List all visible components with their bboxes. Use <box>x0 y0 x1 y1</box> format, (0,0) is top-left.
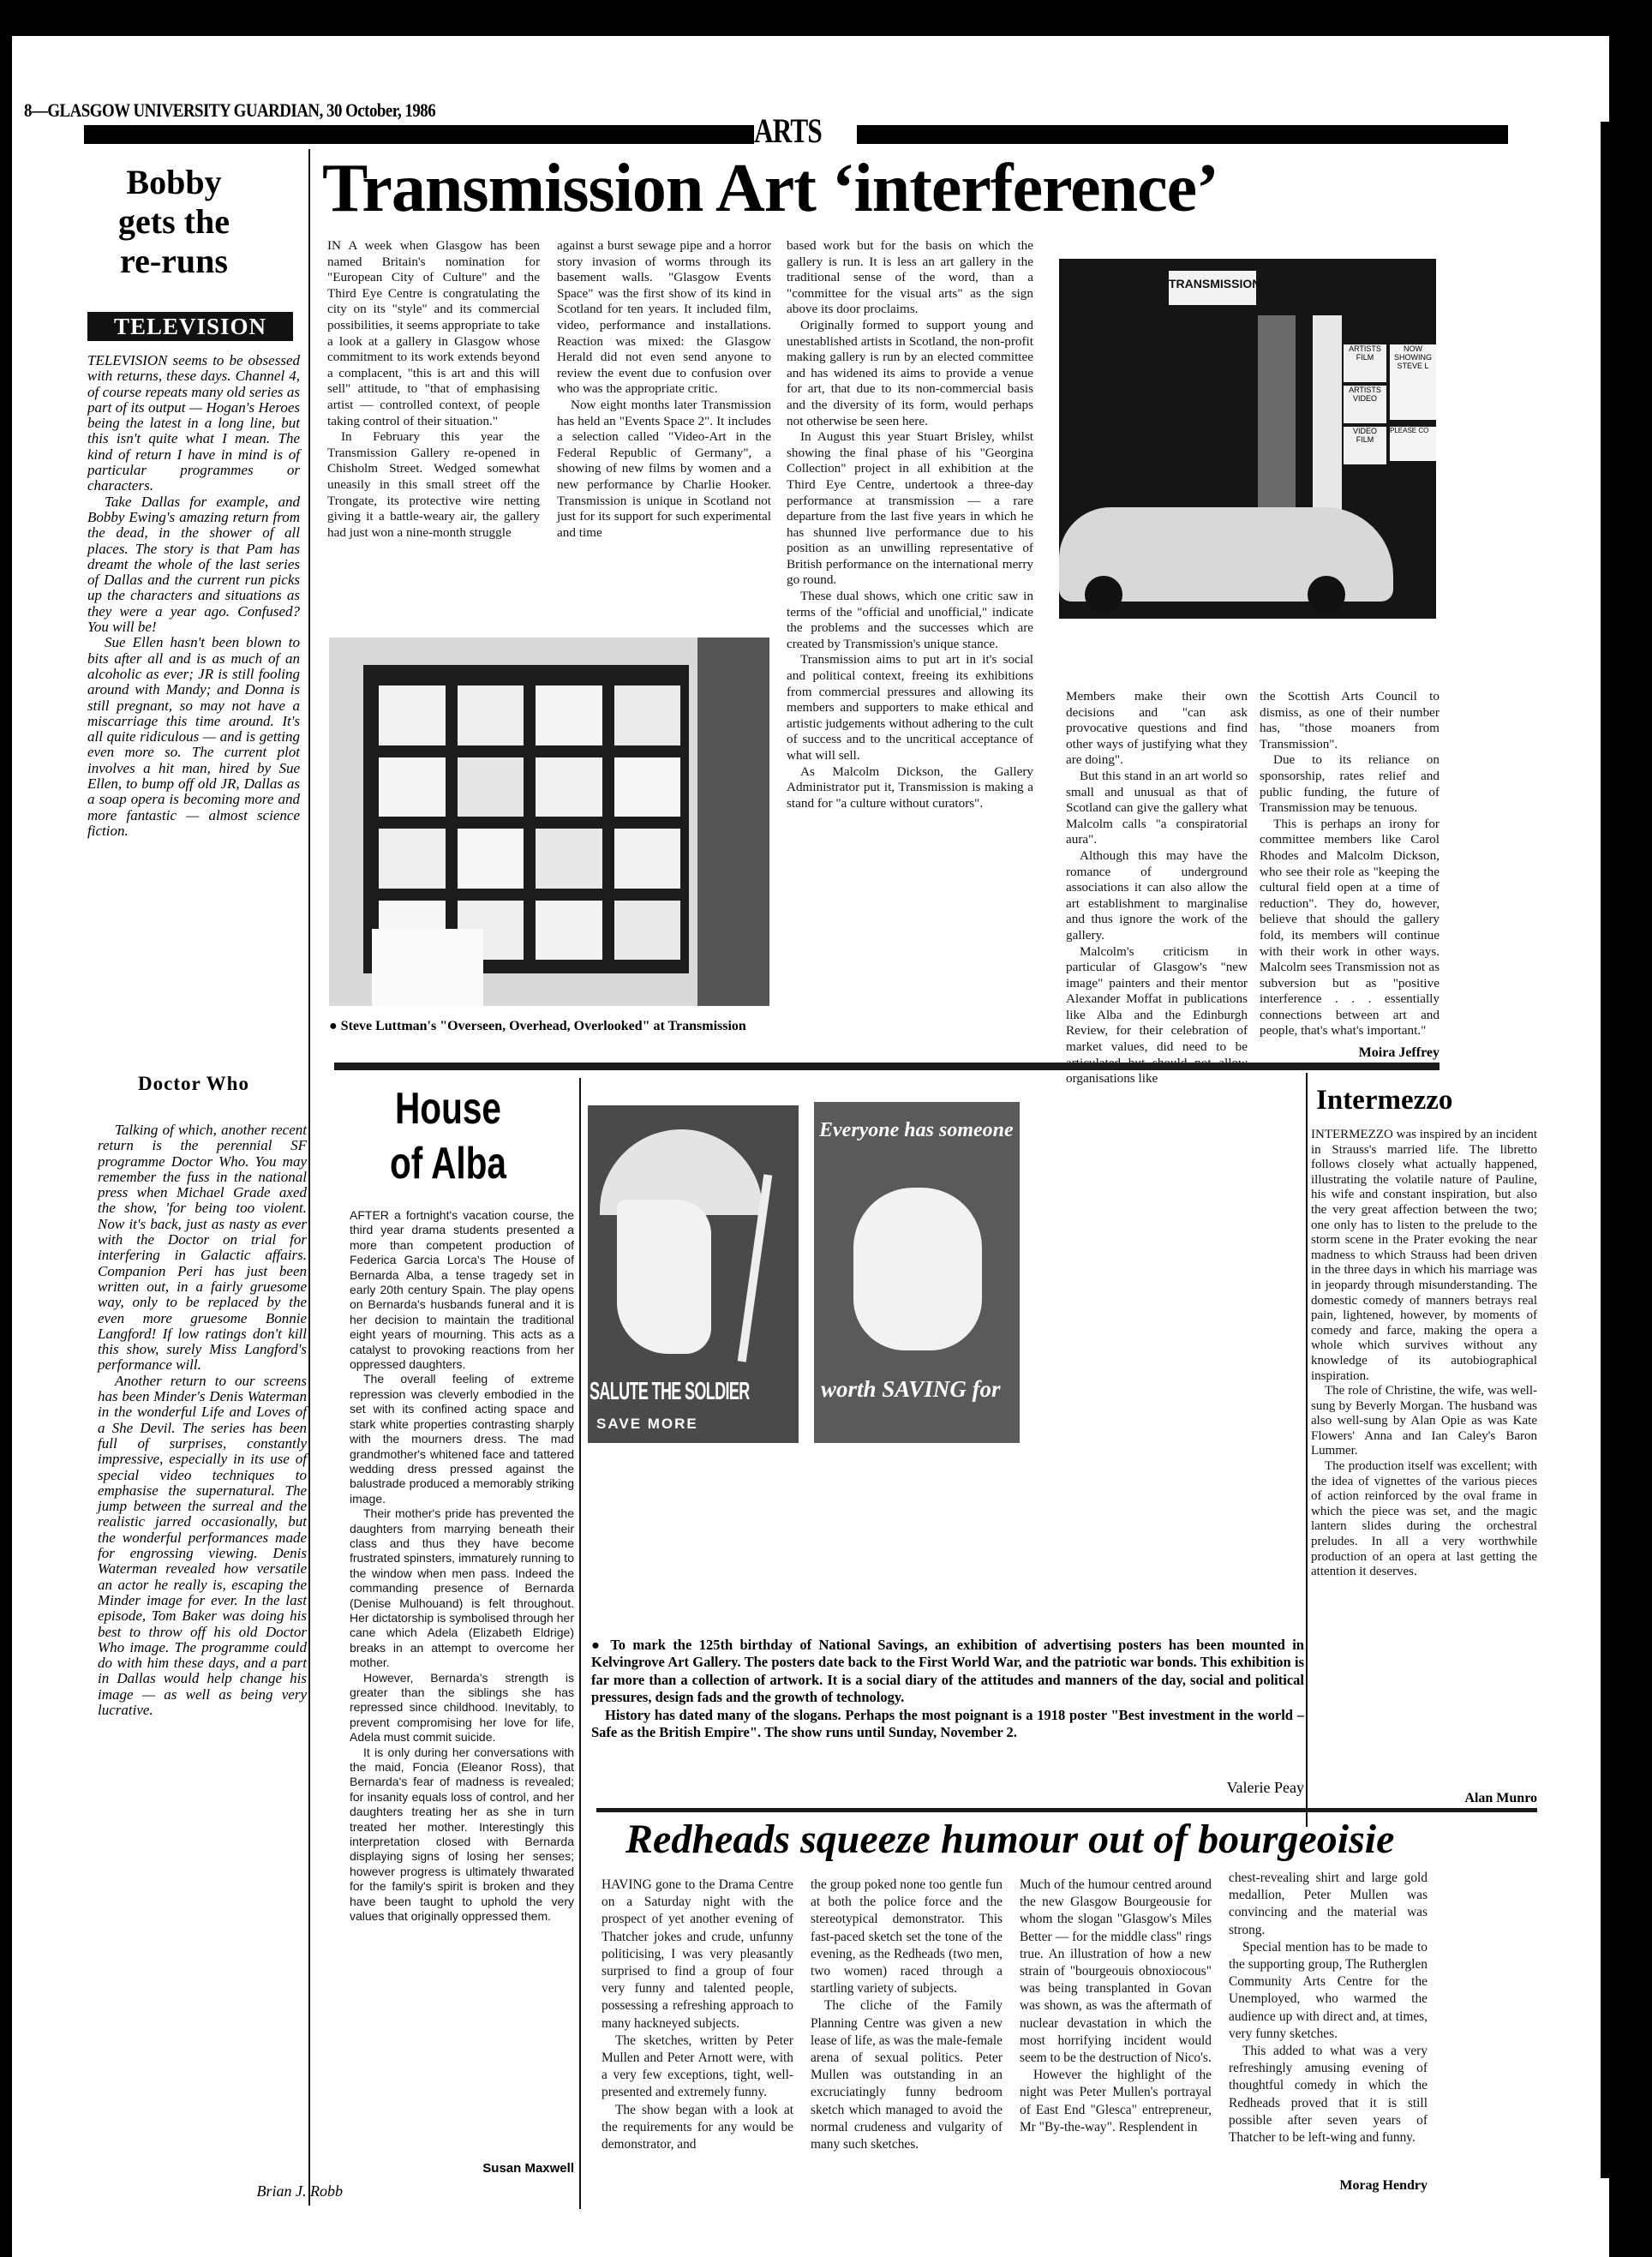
poster1-sub: SAVE MORE <box>596 1416 698 1433</box>
redheads-col-2: the group poked none too gentle fun at b… <box>811 1877 1003 2153</box>
redheads-byline: Morag Hendry <box>1229 2178 1428 2194</box>
intermezzo-byline: Alan Munro <box>1311 1791 1537 1806</box>
transmission-col-2: against a burst sewage pipe and a horror… <box>557 238 771 541</box>
poster-artists-video: ARTISTS VIDEO <box>1344 386 1386 423</box>
tv-section-tag: TELEVISION <box>87 312 293 341</box>
transmission-col-4: Members make their own decisions and "ca… <box>1066 689 1248 1087</box>
folio-line: 8—GLASGOW UNIVERSITY GUARDIAN, 30 Octobe… <box>24 99 435 122</box>
soldier-face <box>617 1200 711 1354</box>
posters-caption: ● To mark the 125th birthday of National… <box>591 1637 1304 1741</box>
alba-byline: Susan Maxwell <box>350 2161 574 2176</box>
column-rule-posters <box>1306 1073 1308 1827</box>
photo-video-monitor-wall <box>329 638 769 1006</box>
posters-byline: Valerie Peay <box>1133 1779 1304 1797</box>
plinth <box>372 929 483 1006</box>
divider-redheads <box>596 1808 1537 1812</box>
intermezzo-body: INTERMEZZO was inspired by an incident i… <box>1311 1128 1537 1580</box>
photo-transmission-storefront: TRANSMISSION ARTISTS FILM ARTISTS VIDEO … <box>1059 259 1436 619</box>
poster-now-showing: NOW SHOWING STEVE L <box>1390 344 1436 420</box>
tv-body-2: Talking of which, another recent return … <box>98 1123 307 1718</box>
section-label: ARTS <box>754 115 822 147</box>
intermezzo-headline: Intermezzo <box>1316 1085 1452 1117</box>
section-bar-right <box>857 125 1508 144</box>
redheads-col-3: Much of the humour centred around the ne… <box>1020 1877 1212 2136</box>
redheads-col-4: chest-revealing shirt and large gold med… <box>1229 1870 1428 2146</box>
tv-body-1: TELEVISION seems to be obsessed with ret… <box>87 353 300 839</box>
poster2-bottom: worth SAVING for <box>821 1376 1020 1403</box>
poster1-title: SALUTE THE SOLDIER <box>590 1378 718 1406</box>
redheads-col-1: HAVING gone to the Drama Centre on a Sat… <box>602 1877 793 2153</box>
alba-headline: House of Alba <box>359 1081 536 1191</box>
transmission-col-1: IN A week when Glasgow has been named Br… <box>327 238 540 541</box>
page-edge-right <box>1601 122 1609 2178</box>
section-bar-left <box>84 125 754 144</box>
tv-byline: Brian J. Robb <box>141 2182 343 2200</box>
transmission-col-3: based work but for the basis on which th… <box>787 238 1033 811</box>
bullet-icon: ● <box>329 1019 341 1033</box>
storefront-sign: TRANSMISSION <box>1169 271 1256 305</box>
transmission-col-5: the Scottish Arts Council to dismiss, as… <box>1260 689 1440 1039</box>
poster-salute-the-soldier: SALUTE THE SOLDIER SAVE MORE <box>588 1105 799 1443</box>
child-face <box>853 1188 982 1350</box>
divider-mid <box>334 1063 1440 1070</box>
car-wheel-front <box>1085 576 1122 614</box>
poster-artists-film: ARTISTS FILM <box>1344 344 1386 382</box>
bullet-icon: ● <box>591 1637 610 1653</box>
poster2-top: Everyone has someone <box>819 1119 1020 1142</box>
poster-video-film: VIDEO FILM <box>1344 427 1386 464</box>
newspaper-page: 8—GLASGOW UNIVERSITY GUARDIAN, 30 Octobe… <box>12 36 1609 2257</box>
redheads-headline: Redheads squeeze humour out of bourgeois… <box>625 1813 1534 1866</box>
column-rule-alba <box>579 1078 581 2209</box>
tv-headline: Bobby gets the re-runs <box>69 163 279 281</box>
photo-caption-monitors: ● Steve Luttman's "Overseen, Overhead, O… <box>329 1018 769 1034</box>
poster-worth-saving-for: Everyone has someone worth SAVING for <box>814 1102 1020 1443</box>
car-wheel-rear <box>1308 576 1345 614</box>
poster-please-co: PLEASE CO <box>1390 427 1436 461</box>
column-rule-tv <box>308 149 310 2206</box>
transmission-headline: Transmission Art ‘interference’ <box>322 149 1590 228</box>
monitor-grid <box>379 685 680 960</box>
tv-subhead-doctor-who: Doctor Who <box>87 1073 300 1095</box>
transmission-byline: Moira Jeffrey <box>1260 1045 1440 1061</box>
alba-body: AFTER a fortnight's vacation course, the… <box>350 1208 574 1925</box>
